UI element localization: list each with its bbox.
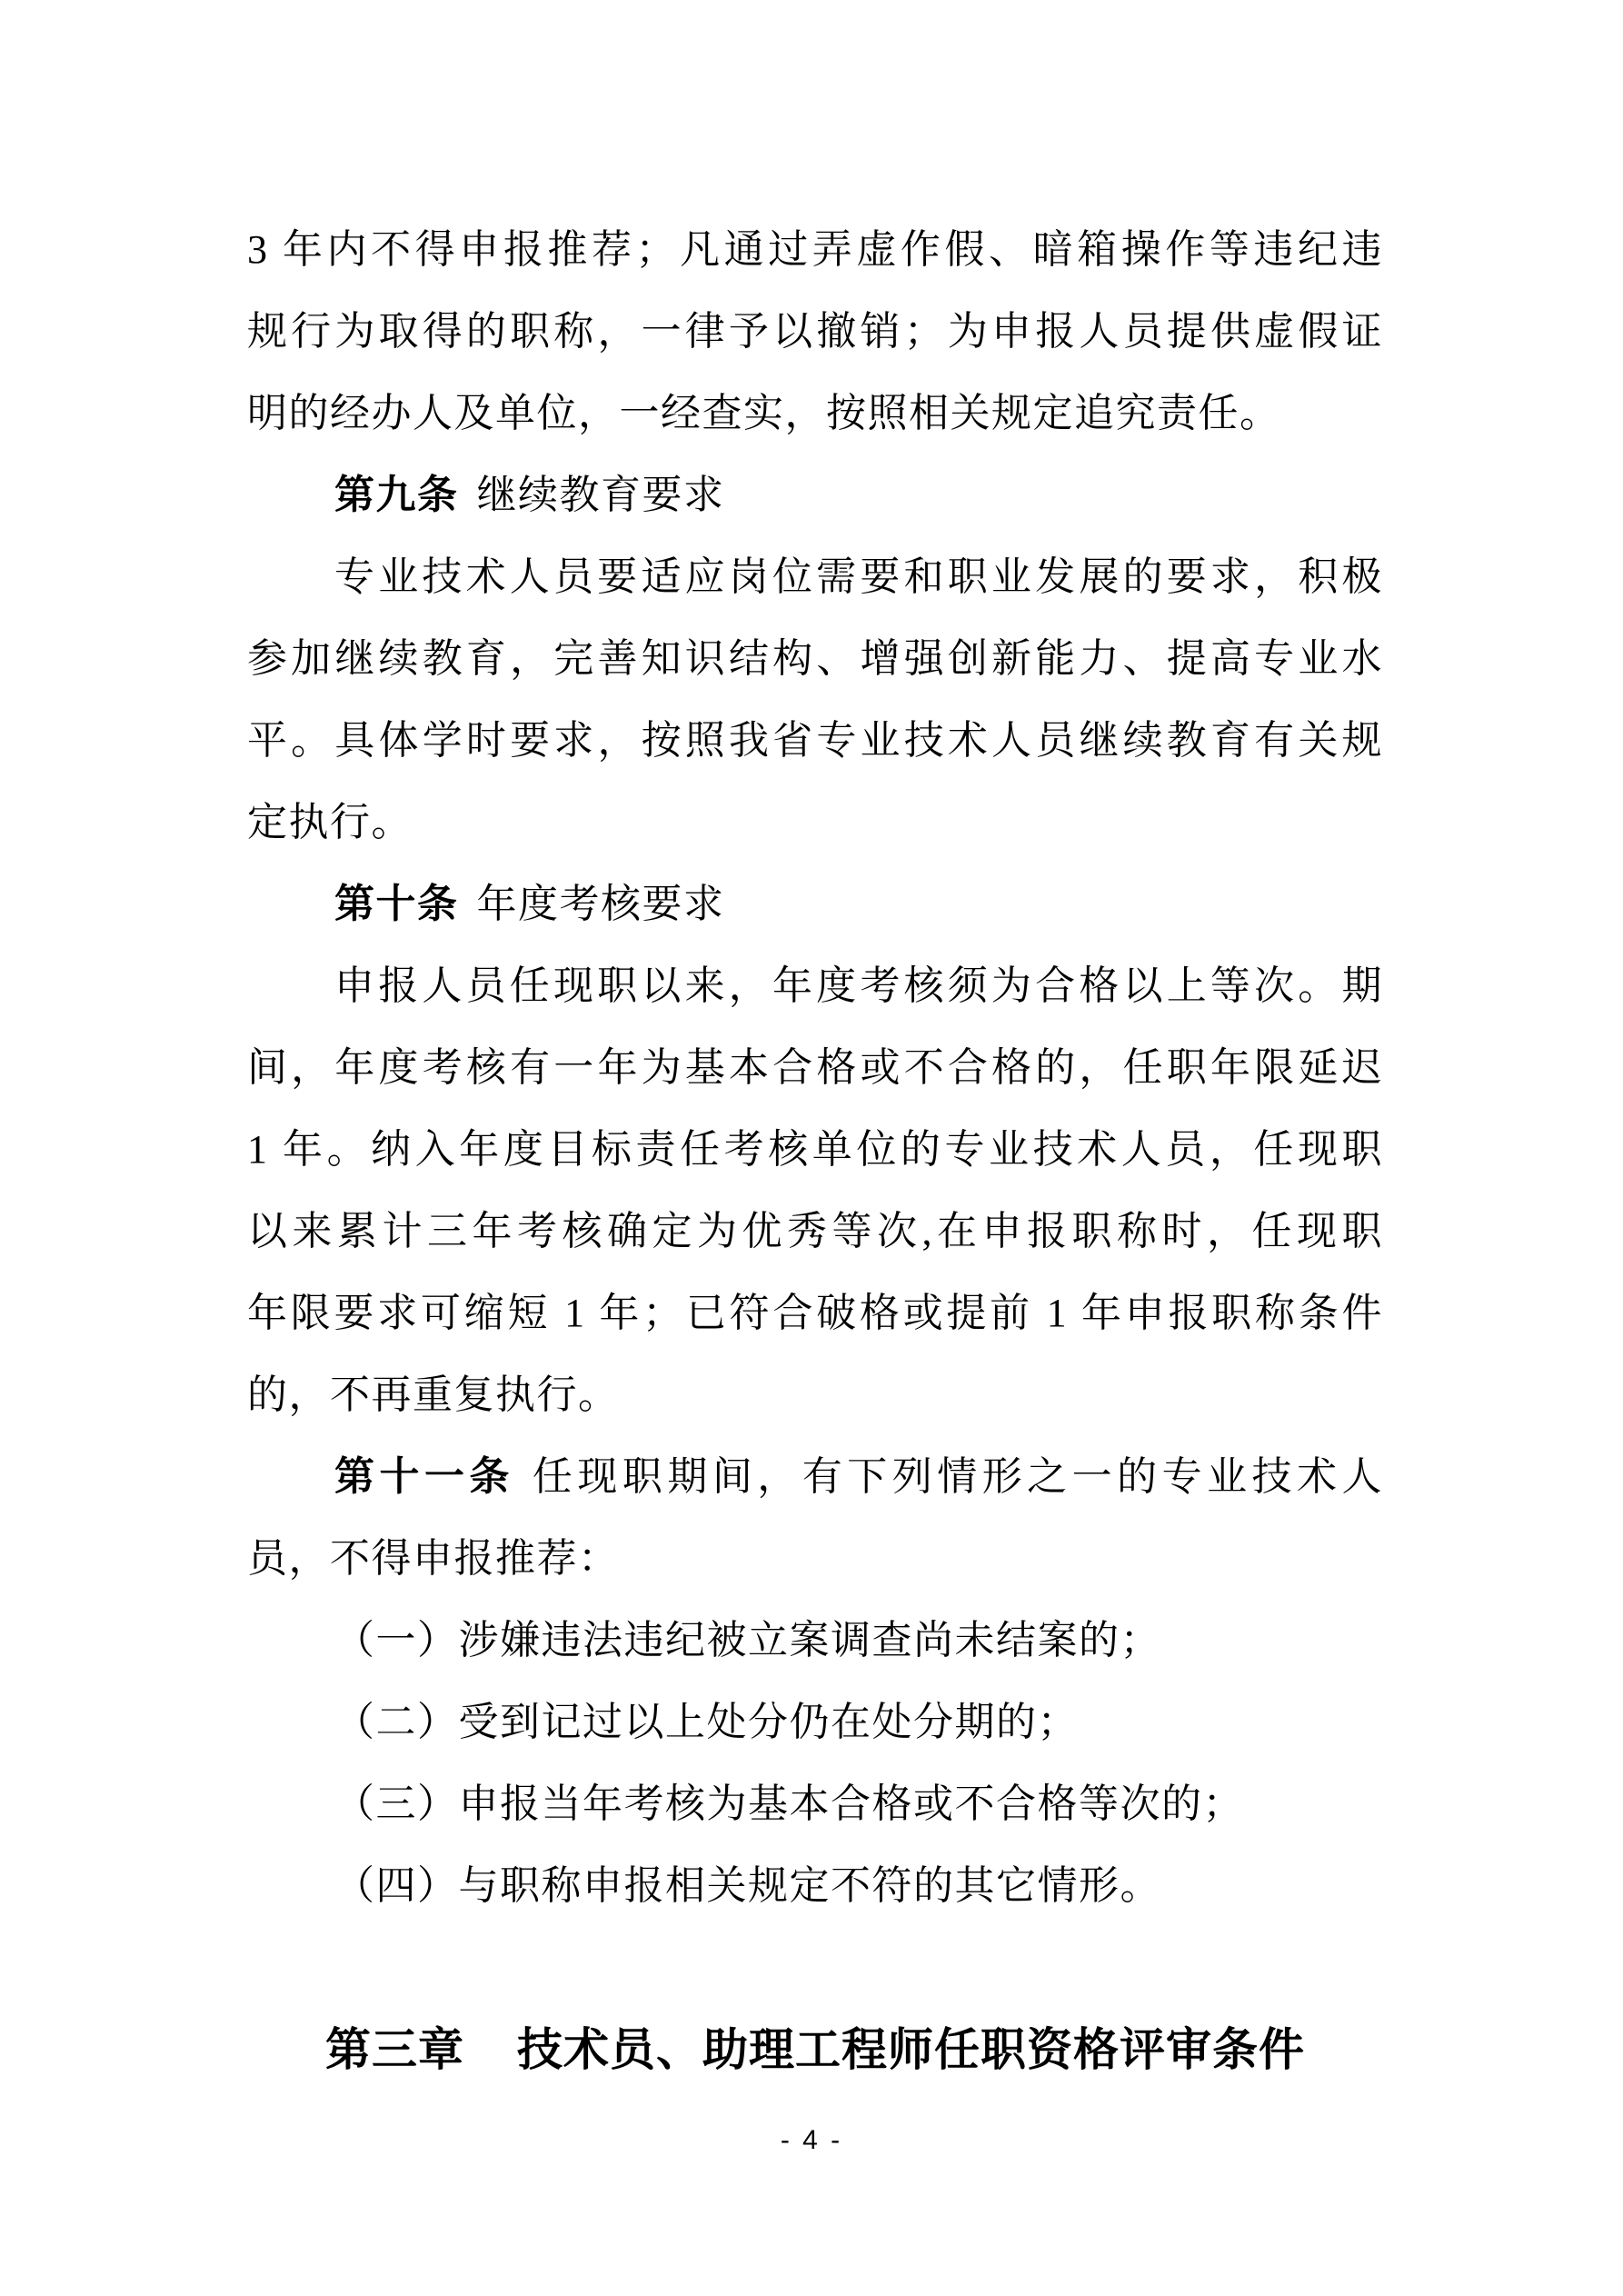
page-number: - 4 - (0, 2118, 1623, 2163)
article-11-intro-line-1: 任现职期间，有下列情形之一的专业技术人 (533, 1454, 1383, 1499)
article-10-body-line-1: 申报人员任现职以来，年度考核须为合格以上等次。期 (247, 945, 1383, 1027)
article-10-body-line-3: 1 年。纳入年度目标责任考核单位的专业技术人员，任现职 (247, 1109, 1383, 1191)
continued-paragraph-line-3: 明的经办人及单位，一经查实，按照相关规定追究责任。 (247, 373, 1383, 454)
document-page: 3 年内不得申报推荐；凡通过弄虚作假、暗箱操作等违纪违 规行为取得的职称，一律予… (0, 0, 1623, 2296)
clause-item-4: （四）与职称申报相关规定不符的其它情形。 (247, 1845, 1383, 1927)
chapter-3-title: 技术员、助理工程师任职资格评审条件 (517, 2024, 1305, 2075)
article-9-heading: 第九条继续教育要求 (247, 454, 1383, 536)
article-10-heading: 第十条年度考核要求 (247, 863, 1383, 945)
clause-item-3: （三）申报当年考核为基本合格或不合格等次的； (247, 1763, 1383, 1845)
article-11-term: 第十一条 (334, 1454, 514, 1499)
chapter-3-heading: 第三章技术员、助理工程师任职资格评审条件 (247, 2009, 1383, 2091)
article-9-body-line-2: 参加继续教育，完善知识结构、增强创新能力、提高专业水 (247, 618, 1383, 700)
article-10-term: 第十条 (334, 882, 459, 926)
continued-paragraph-line-2: 规行为取得的职称，一律予以撤销；为申报人员提供虚假证 (247, 291, 1383, 373)
article-9-term: 第九条 (334, 473, 459, 517)
article-10-body-line-6: 的，不再重复执行。 (247, 1354, 1383, 1436)
chapter-3-number: 第三章 (325, 2024, 464, 2075)
article-10-body-line-5: 年限要求可缩短 1 年；已符合破格或提前 1 年申报职称条件 (247, 1273, 1383, 1354)
article-9-body-line-1: 专业技术人员要适应岗位需要和职业发展的要求，积极 (247, 536, 1383, 618)
clause-item-1: （一）涉嫌违法违纪被立案调查尚未结案的； (247, 1600, 1383, 1682)
article-11-intro-line-2: 员，不得申报推荐： (247, 1518, 1383, 1600)
article-9-body-line-3: 平。具体学时要求，按照我省专业技术人员继续教育有关规 (247, 700, 1383, 782)
article-11-heading: 第十一条任现职期间，有下列情形之一的专业技术人 (247, 1436, 1383, 1518)
article-9-body-line-4: 定执行。 (247, 782, 1383, 863)
article-10-body-line-4: 以来累计三年考核确定为优秀等次,在申报职称时，任现职 (247, 1191, 1383, 1273)
article-9-title: 继续教育要求 (477, 473, 725, 517)
continued-paragraph-line-1: 3 年内不得申报推荐；凡通过弄虚作假、暗箱操作等违纪违 (247, 209, 1383, 291)
page-body-text: 3 年内不得申报推荐；凡通过弄虚作假、暗箱操作等违纪违 规行为取得的职称，一律予… (247, 209, 1383, 2091)
blank-line (247, 1927, 1383, 2009)
clause-item-2: （二）受到记过以上处分仍在处分期的； (247, 1682, 1383, 1763)
article-10-body-line-2: 间，年度考核有一年为基本合格或不合格的，任职年限延迟 (247, 1027, 1383, 1109)
article-10-title: 年度考核要求 (477, 882, 725, 926)
